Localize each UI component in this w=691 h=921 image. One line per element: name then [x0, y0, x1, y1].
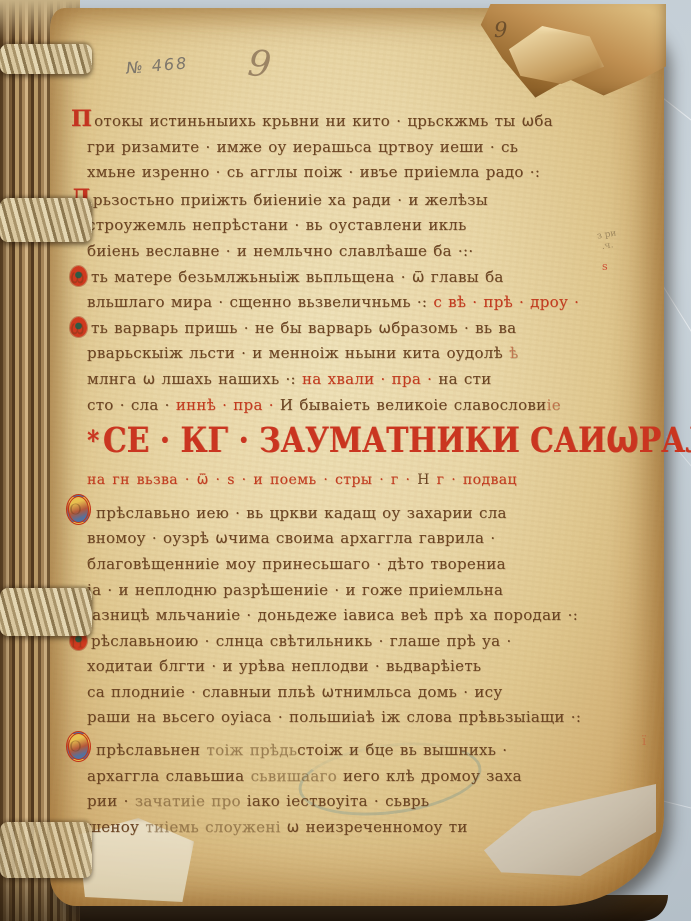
text-line: іа · и неплодню разрѣшениіе · и гоже при… [87, 578, 635, 604]
text-segment: шеноу [87, 818, 145, 836]
text-segment: вномоу · оузрѣ ѡчима своима архаггла гав… [87, 529, 495, 547]
text-segment: прѣславьно иею · вь цркви кадащ оу захар… [96, 504, 507, 522]
text-segment: іако іествоуіта · сьврь [247, 792, 430, 810]
text-segment: са плодниіе · славныи пльѣ ѡтнимльса дом… [87, 683, 502, 701]
text-segment: Н [417, 472, 430, 488]
ornament-asterisk-icon: * [87, 424, 99, 456]
rubricated-title: *СЕ · КГ · ЗАУМАТНИКИ САИѠРАЛѢ · ВЕ [87, 421, 613, 461]
parchment-page: № 468 9 9 з ри .ч. ѕ ї Потокы истиньныих… [50, 8, 664, 906]
text-line: хмьне изренно · сь агглы поіж · ивъе при… [87, 160, 635, 186]
pencil-folio-number: 9 [246, 43, 273, 86]
ink-folio-number: 9 [494, 18, 507, 42]
text-segment: тиіемь слоужені [145, 818, 286, 836]
text-segment: на сти [438, 370, 491, 388]
text-segment: биіень веславне · и немльчно славлѣаше б… [87, 242, 473, 260]
text-segment: сто · сла · [87, 396, 176, 414]
pencil-shelfmark: № 468 [125, 53, 189, 77]
manuscript-photo: № 468 9 9 з ри .ч. ѕ ї Потокы истиньныих… [0, 0, 691, 921]
text-line: сто · сла · иннѣ · пра · И бываіеть вели… [87, 393, 635, 419]
faded-stamp-mark: ї [642, 734, 646, 749]
text-line: млнга ѡ лшахь нашихь ·: на хвали · пра ·… [87, 367, 635, 393]
text-line: раши на вьсего оуіаса · польшиіаѣ іж сло… [87, 705, 635, 731]
decorated-initial: Ѡ [70, 266, 87, 286]
text-segment: рѣславьноию · слнца свѣтильникь · глаше … [91, 632, 512, 650]
text-line: вномоу · оузрѣ ѡчима своима архаггла гав… [87, 526, 635, 552]
decorated-initial: О [66, 731, 91, 762]
text-line: рии · зачатиіе про іако іествоуіта · сьв… [87, 789, 635, 815]
text-segment: млнга ѡ лшахь нашихь ·: [87, 370, 302, 388]
text-line: Потокы истиньныихь крьвни ни кито · црьс… [87, 107, 635, 135]
text-line: благовѣщенниіе моу принесьшаго · дѣто тв… [87, 552, 635, 578]
title-text: СЕ · КГ · ЗАУМАТНИКИ САИѠРАЛѢ · ВЕ [103, 421, 691, 461]
text-segment: ходитаи блгти · и урѣва неплодви · вьдва… [87, 657, 481, 675]
text-segment: раши на вьсего оуіаса · польшиіаѣ іж сло… [87, 708, 581, 726]
text-line: Опрѣславьно иею · вь цркви кадащ оу заха… [87, 494, 635, 527]
text-segment: хмьне изренно · сь агглы поіж · ивъе при… [87, 163, 540, 181]
text-line: Ѡть матере безьмлжьныіж вьпльщена · ѿ гл… [87, 265, 635, 291]
text-segment: ть варварь пришь · не бы варварь ѡбразом… [91, 319, 516, 337]
text-segment: строужемль непрѣстани · вь оуставлени ик… [87, 216, 467, 234]
text-segment: иего клѣ дромоу заха [343, 767, 522, 785]
text-segment: рварьскыіж льсти · и менноіж ньыни кита … [87, 344, 503, 362]
text-segment: прѣславьнен [96, 741, 206, 759]
text-line: Ѡть варварь пришь · не бы варварь ѡбразо… [87, 316, 635, 342]
text-line: ходитаи блгти · и урѣва неплодви · вьдва… [87, 654, 635, 680]
decorated-initial: О [66, 494, 91, 525]
rubric-segment: иннѣ · пра · [176, 396, 280, 414]
text-segment: гри ризамите · имже оу иерашьса цртвоу и… [87, 138, 518, 156]
rubric-segment: на гн вьзва · ѿ · ѕ · и поемь · стры · г… [87, 472, 417, 488]
text-line: Прѣславьноию · слнца свѣтильникь · глаше… [87, 629, 635, 655]
text-segment: И бываіеть великоіе славослови [280, 396, 547, 414]
text-segment: рьзостьно приіжть биіениіе ха ради · и ж… [93, 191, 488, 209]
text-line: рварьскыіж льсти · и менноіж ньыни кита … [87, 341, 635, 367]
text-segment: вльшлаго мира · сщенно вьзвеличньмь ·: [87, 293, 427, 311]
text-segment: стоіж и бце вь вышнихь · [297, 741, 507, 759]
sewing-band [0, 198, 92, 242]
text-segment: тоіж прѣдь [206, 741, 297, 759]
decorated-initial: П [71, 106, 92, 132]
table-scratch [662, 285, 691, 396]
text-segment: отокы истиньныихь крьвни ни кито · црьск… [94, 112, 553, 130]
sewing-band [0, 822, 92, 878]
text-line: Опрѣславьнен тоіж прѣдьстоіж и бце вь вы… [87, 731, 635, 764]
sewing-band [0, 44, 92, 74]
text-line: архаггла славьшиа сьвишааго иего клѣ дро… [87, 764, 635, 790]
text-segment: благовѣщенниіе моу принесьшаго · дѣто тв… [87, 555, 506, 573]
rubric-line: на гн вьзва · ѿ · ѕ · и поемь · стры · г… [87, 468, 635, 494]
rubric-segment: с вѣ · прѣ · дроу · [427, 293, 579, 311]
text-segment: ѡ неизреченномоу ти [287, 818, 468, 836]
manuscript-text-block: Потокы истиньныихь крьвни ни кито · црьс… [87, 107, 635, 840]
text-line: іазницѣ мльчаниіе · доньдеже іависа веѣ … [87, 603, 635, 629]
text-line: строужемль непрѣстани · вь оуставлени ик… [87, 213, 635, 239]
rubric-segment: на хвали · пра · [302, 370, 438, 388]
text-line: Дрьзостьно приіжть биіениіе ха ради · и … [87, 186, 635, 214]
text-line: биіень веславне · и немльчно славлѣаше б… [87, 239, 635, 265]
text-segment: сьвишааго [250, 767, 343, 785]
text-segment: ть матере безьмлжьныіж вьпльщена · ѿ гла… [91, 268, 504, 286]
text-segment: архаггла славьшиа [87, 767, 250, 785]
rubric-segment: г · подвац [430, 472, 517, 488]
text-line: вльшлаго мира · сщенно вьзвеличньмь ·: с… [87, 290, 635, 316]
text-segment: зачатиіе про [135, 792, 247, 810]
text-segment: іа · и неплодню разрѣшениіе · и гоже при… [87, 581, 503, 599]
text-line: шеноу тиіемь слоужені ѡ неизреченномоу т… [87, 815, 635, 841]
rubric-segment: ѣ [503, 344, 518, 362]
text-segment: рии · [87, 792, 135, 810]
text-line: са плодниіе · славныи пльѣ ѡтнимльса дом… [87, 680, 635, 706]
sewing-band [0, 588, 92, 636]
text-segment: іазницѣ мльчаниіе · доньдеже іависа веѣ … [87, 606, 578, 624]
rubric-segment: іе [546, 396, 560, 414]
text-line: гри ризамите · имже оу иерашьса цртвоу и… [87, 135, 635, 161]
decorated-initial: Ѡ [70, 317, 87, 337]
